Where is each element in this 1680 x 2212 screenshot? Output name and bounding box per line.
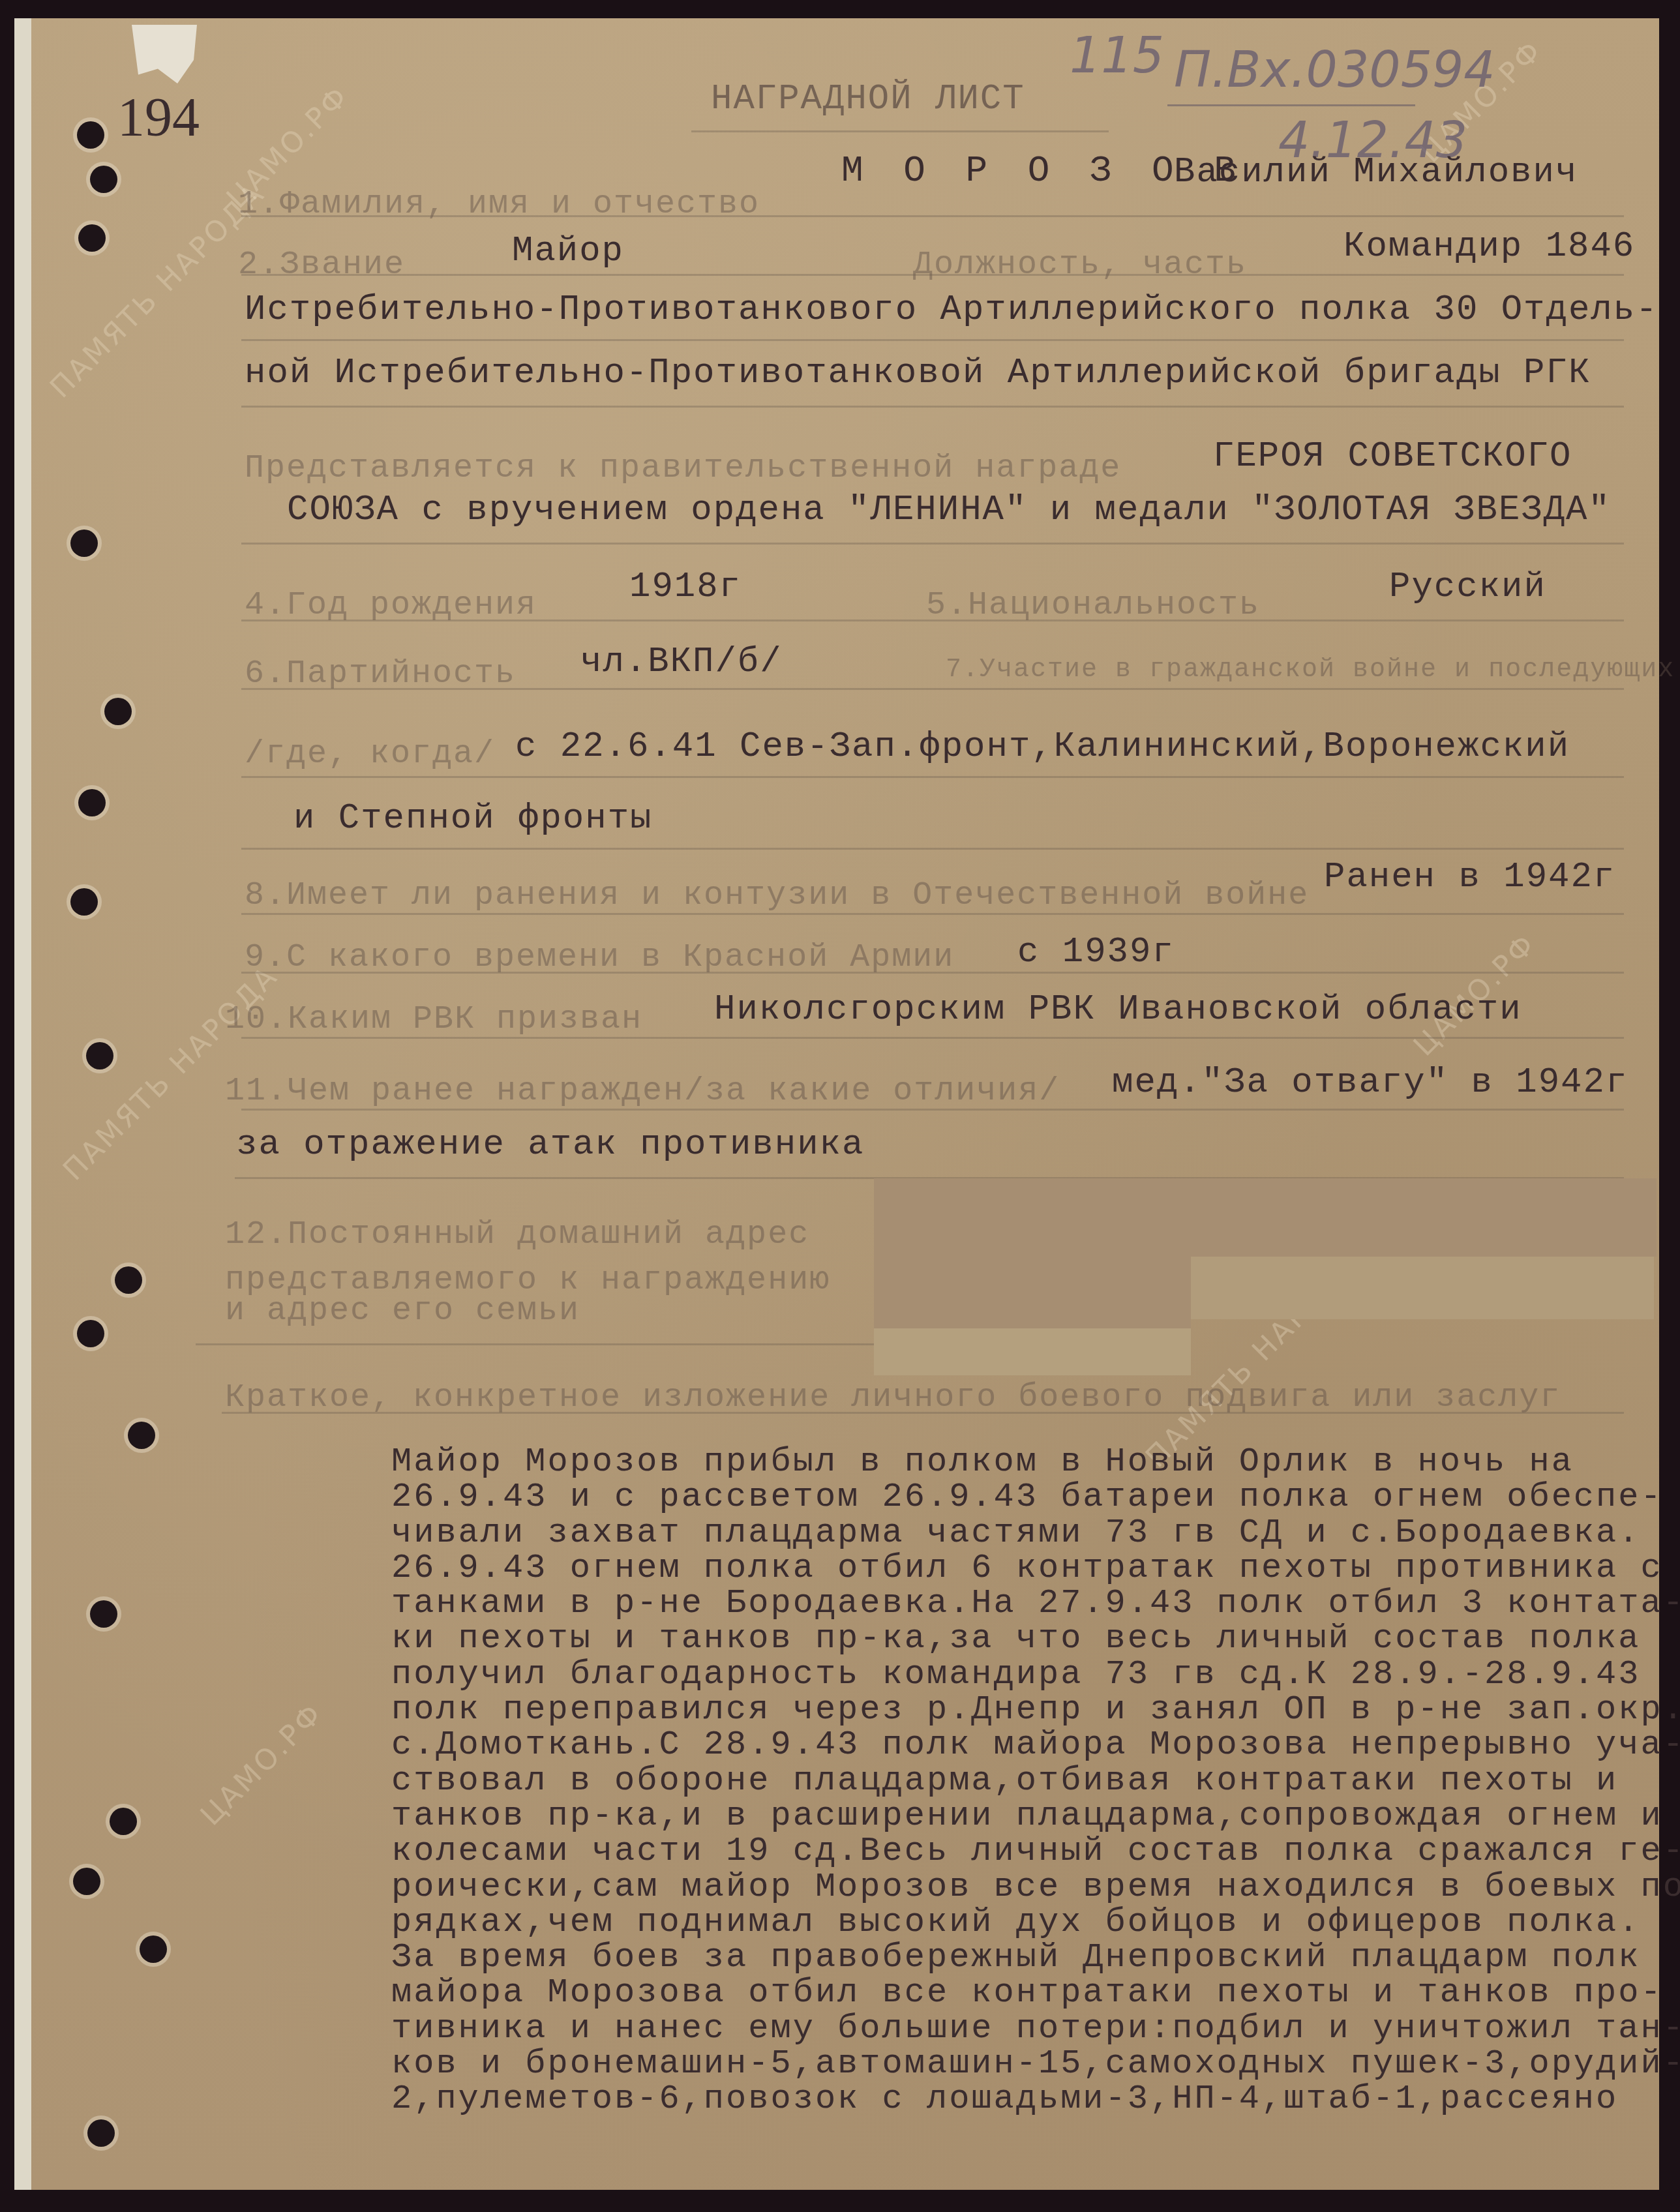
- narrative-line: 26.9.43 огнем полка отбил 6 контратак пе…: [391, 1551, 1630, 1586]
- party: чл.ВКП/б/: [580, 642, 783, 682]
- rule: [241, 620, 1624, 621]
- narrative-line: 2,пулеметов-6,повозок с лошадьми-3,НП-4,…: [391, 2082, 1630, 2117]
- service-line-1: с 22.6.41 Сев-Зап.фронт,Калининский,Воро…: [515, 727, 1570, 767]
- rule: [241, 1109, 1624, 1111]
- rule: [241, 688, 1624, 690]
- punch-hole: [78, 224, 106, 252]
- label-service-b: /где, когда/: [245, 736, 495, 773]
- narrative-line: ков и бронемашин-5,автомашин-15,самоходн…: [391, 2046, 1630, 2082]
- torn-corner: [132, 25, 197, 83]
- punch-hole: [90, 1600, 117, 1628]
- position-line-3: ной Истребительно-Противотанковой Артилл…: [245, 353, 1591, 393]
- prior-awards-line-2: за отражение атак противника: [236, 1125, 864, 1165]
- title-underline: [691, 130, 1109, 132]
- punch-hole: [110, 1808, 137, 1835]
- rule: [222, 1412, 1624, 1414]
- service-line-2: и Степной фронты: [293, 799, 652, 839]
- redaction-block: [874, 1257, 1191, 1328]
- page-number: 194: [117, 86, 200, 149]
- label-army-since: 9.С какого времени в Красной Армии: [245, 939, 954, 976]
- narrative-line: колесами части 19 сд.Весь личный состав …: [391, 1834, 1630, 1869]
- label-address-c: и адрес его семьи: [225, 1293, 580, 1330]
- punch-hole: [77, 1320, 104, 1347]
- narrative-line: 26.9.43 и с рассветом 26.9.43 батареи по…: [391, 1480, 1630, 1515]
- narrative-line: майора Морозова отбил все контратаки пех…: [391, 1975, 1630, 2010]
- rule: [241, 1037, 1624, 1039]
- rank: Майор: [512, 232, 624, 271]
- label-prior-awards: 11.Чем ранее награжден/за какие отличия/: [225, 1073, 1060, 1110]
- punch-hole: [87, 2119, 115, 2147]
- wounds: Ранен в 1942г: [1324, 858, 1615, 897]
- handwritten-number: 115: [1070, 26, 1164, 84]
- label-party: 6.Партийность: [245, 655, 516, 693]
- nationality: Русский: [1389, 567, 1546, 607]
- rule: [241, 972, 1624, 974]
- position-line-1: Командир 1846: [1343, 227, 1635, 267]
- narrative-line: танками в р-не Бородаевка.На 27.9.43 пол…: [391, 1586, 1630, 1621]
- narrative-line: За время боев за правобережный Днепровск…: [391, 1940, 1630, 1975]
- label-address-a: 12.Постоянный домашний адрес: [225, 1216, 809, 1253]
- rule: [241, 913, 1624, 915]
- prior-awards-line-1: мед."За отвагу" в 1942г: [1112, 1063, 1628, 1103]
- narrative-line: роически,сам майор Морозов все время нах…: [391, 1870, 1630, 1905]
- narrative-line: тивника и нанес ему большие потери:подби…: [391, 2011, 1630, 2046]
- drafted-by: Николсгорским РВК Ивановской области: [714, 990, 1522, 1030]
- reference-underline: [1167, 104, 1415, 106]
- rule: [241, 215, 1624, 217]
- document-title: НАГРАДНОЙ ЛИСТ: [711, 80, 1025, 119]
- label-narrative: Краткое, конкретное изложение личного бо…: [225, 1379, 1561, 1416]
- punch-hole: [77, 121, 104, 149]
- punch-hole: [140, 1935, 167, 1963]
- label-position: Должность, часть: [913, 247, 1247, 284]
- redaction-block: [1191, 1257, 1654, 1319]
- narrative-line: рядках,чем поднимал высокий дух бойцов и…: [391, 1905, 1630, 1940]
- award-line-1: ГЕРОЯ СОВЕТСКОГО: [1213, 437, 1572, 477]
- narrative-line: ствовал в обороне плацдарма,отбивая конт…: [391, 1763, 1630, 1799]
- birth-year: 1918г: [629, 567, 742, 607]
- narrative-line: танков пр-ка,и в расширении плацдарма,со…: [391, 1799, 1630, 1834]
- punch-hole: [115, 1266, 142, 1294]
- punch-hole: [128, 1422, 155, 1449]
- narrative-line: с.Домоткань.С 28.9.43 полк майора Морозо…: [391, 1727, 1630, 1763]
- paper-edge: [14, 18, 31, 2190]
- punch-hole: [86, 1042, 113, 1069]
- narrative-line: Майор Морозов прибыл в полком в Новый Ор…: [391, 1444, 1630, 1480]
- position-line-2: Истребительно-Противотанкового Артиллери…: [245, 290, 1658, 330]
- army-since: с 1939г: [1017, 933, 1175, 972]
- handwritten-reference: П.Вх.030594: [1174, 40, 1495, 98]
- punch-hole: [73, 1868, 100, 1895]
- given-names: Василий Михайлович: [1174, 153, 1578, 192]
- punch-hole: [70, 888, 98, 916]
- rule: [241, 406, 1624, 408]
- narrative-line: получил благодарность командира 73 гв сд…: [391, 1657, 1630, 1692]
- rule: [241, 339, 1624, 341]
- narrative-text: Майор Морозов прибыл в полком в Новый Ор…: [391, 1444, 1630, 2117]
- rule: [241, 776, 1624, 778]
- label-nationality: 5.Национальность: [926, 587, 1260, 624]
- punch-hole: [70, 530, 98, 557]
- rule: [241, 543, 1624, 545]
- punch-hole: [78, 789, 106, 816]
- label-full-name: 1.Фамилия, имя и отчество: [238, 186, 760, 223]
- narrative-line: полк переправился через р.Днепр и занял …: [391, 1692, 1630, 1727]
- award-line-2: СОЮЗА с вручением ордена "ЛЕНИНА" и меда…: [287, 490, 1611, 530]
- narrative-line: чивали захват плацдарма частями 73 гв СД…: [391, 1516, 1630, 1551]
- label-award: Представляется к правительственной награ…: [245, 450, 1121, 487]
- redaction-block: [874, 1328, 1191, 1375]
- label-rank: 2.Звание: [238, 247, 405, 284]
- punch-hole: [90, 166, 117, 193]
- rule: [196, 1343, 874, 1345]
- label-drafted-by: 10.Каким РВК призван: [225, 1001, 642, 1038]
- label-service-a: 7.Участие в гражданской войне и последую…: [946, 655, 1680, 685]
- narrative-line: ки пехоты и танков пр-ка,за что весь лич…: [391, 1621, 1630, 1656]
- redaction-block: [874, 1178, 1657, 1257]
- label-birth-year: 4.Год рождения: [245, 587, 537, 624]
- label-wounds: 8.Имеет ли ранения и контузии в Отечеств…: [245, 877, 1309, 914]
- punch-hole: [104, 698, 132, 725]
- rule: [241, 848, 1624, 850]
- rule: [241, 274, 1624, 276]
